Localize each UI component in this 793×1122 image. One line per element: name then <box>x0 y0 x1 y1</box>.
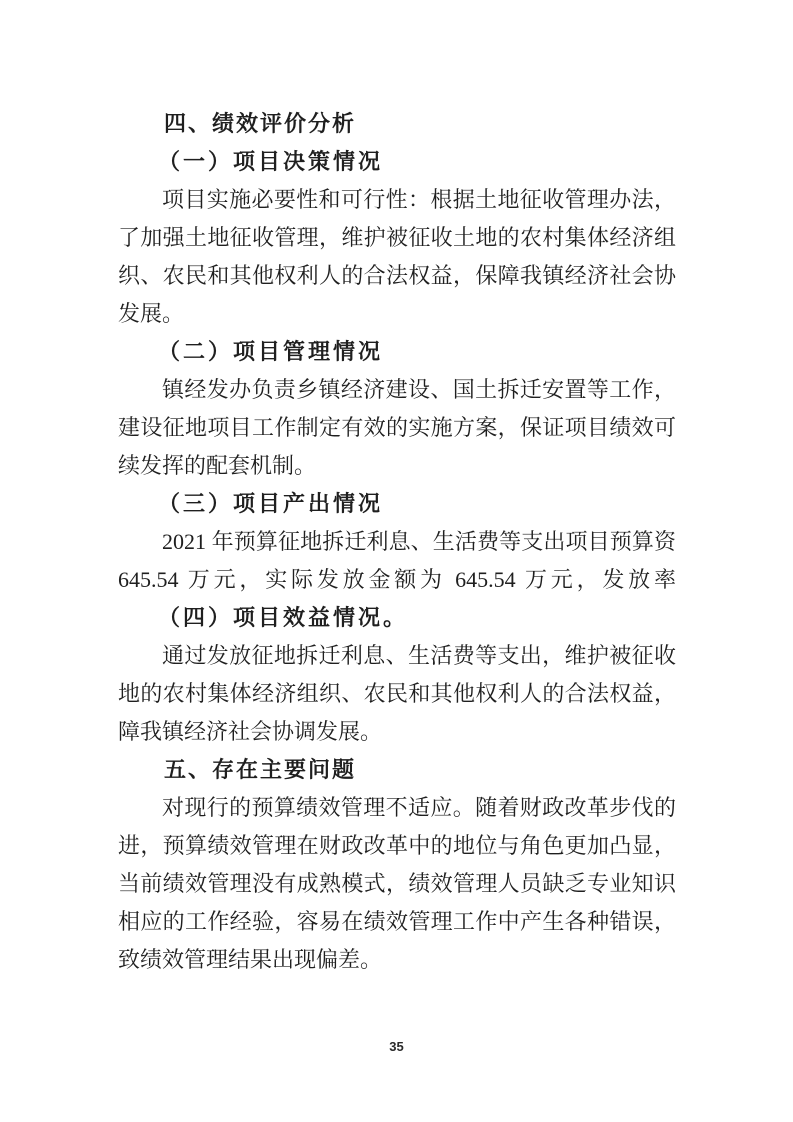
page-number: 35 <box>389 1039 403 1054</box>
document-body: 四、绩效评价分析 （一）项目决策情况 项目实施必要性和可行性：根据土地征收管理办… <box>118 105 676 979</box>
paragraph-line: 对现行的预算绩效管理不适应。随着财政改革步伐的推 <box>118 789 676 827</box>
paragraph-line: 当前绩效管理没有成熟模式，绩效管理人员缺乏专业知识和 <box>118 865 676 903</box>
paragraph-line: 相应的工作经验，容易在绩效管理工作中产生各种错误，导 <box>118 903 676 941</box>
paragraph-line: 2021 年预算征地拆迁利息、生活费等支出项目预算资金 <box>118 523 676 561</box>
page-footer: 35 <box>0 1038 793 1056</box>
paragraph-line: 645.54 万元，实际发放金额为 645.54 万元，发放率 100%。 <box>118 561 676 599</box>
paragraph-line: 项目实施必要性和可行性：根据土地征收管理办法，为 <box>118 181 676 219</box>
paragraph-line: 障我镇经济社会协调发展。 <box>118 713 676 751</box>
paragraph-line: 致绩效管理结果出现偏差。 <box>118 941 676 979</box>
paragraph-line: 了加强土地征收管理，维护被征收土地的农村集体经济组 <box>118 219 676 257</box>
paragraph-line: 地的农村集体经济组织、农民和其他权利人的合法权益，保 <box>118 675 676 713</box>
paragraph-line: 续发挥的配套机制。 <box>118 447 676 485</box>
paragraph-line: 建设征地项目工作制定有效的实施方案，保证项目绩效可持 <box>118 409 676 447</box>
chapter-heading-5: 五、存在主要问题 <box>118 751 676 789</box>
chapter-heading-4: 四、绩效评价分析 <box>118 105 676 143</box>
paragraph-line: 织、农民和其他权利人的合法权益，保障我镇经济社会协调 <box>118 257 676 295</box>
paragraph-line: 通过发放征地拆迁利息、生活费等支出，维护被征收土 <box>118 637 676 675</box>
paragraph-line: 进，预算绩效管理在财政改革中的地位与角色更加凸显，而 <box>118 827 676 865</box>
subsection-heading-2: （二）项目管理情况 <box>118 333 676 371</box>
subsection-heading-4: （四）项目效益情况。 <box>118 599 676 637</box>
document-page: 四、绩效评价分析 （一）项目决策情况 项目实施必要性和可行性：根据土地征收管理办… <box>0 0 793 1122</box>
paragraph-line: 镇经发办负责乡镇经济建设、国土拆迁安置等工作，对 <box>118 371 676 409</box>
subsection-heading-1: （一）项目决策情况 <box>118 143 676 181</box>
subsection-heading-3: （三）项目产出情况 <box>118 485 676 523</box>
paragraph-line: 发展。 <box>118 295 676 333</box>
